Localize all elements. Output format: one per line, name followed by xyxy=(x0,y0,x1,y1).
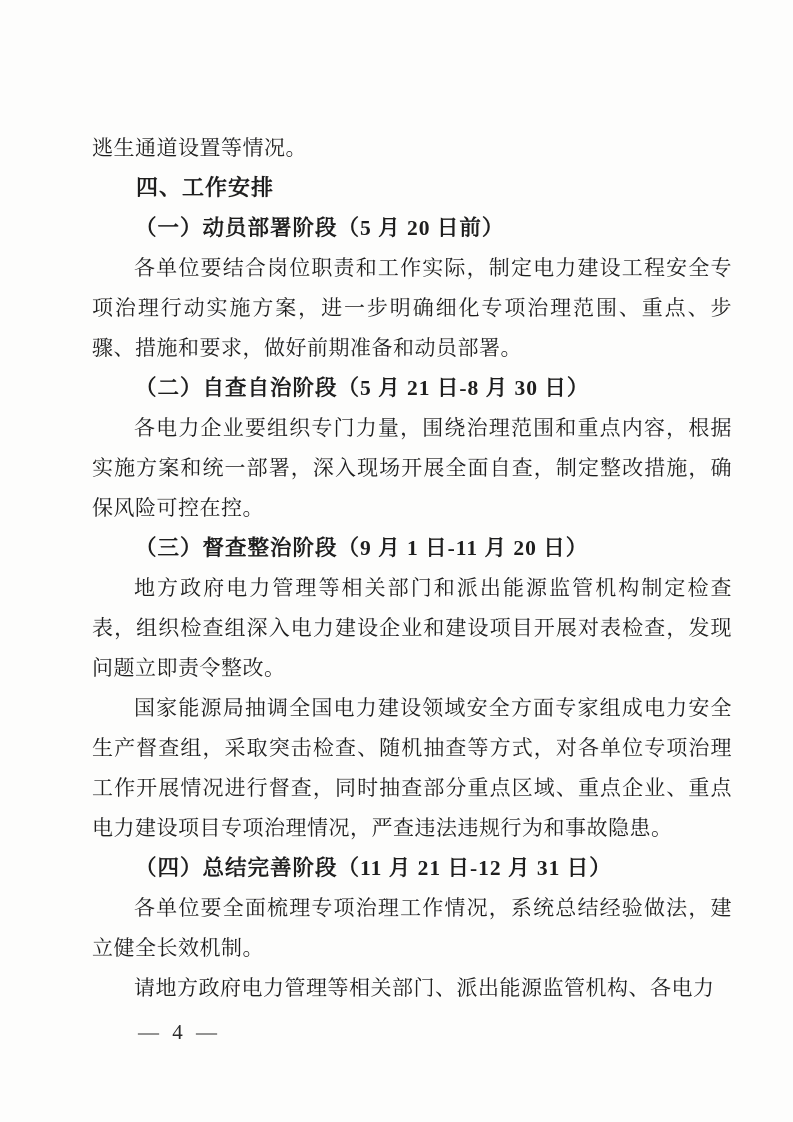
stage-3-body-1: 地方政府电力管理等相关部门和派出能源监管机构制定检查表，组织检查组深入电力建设企… xyxy=(92,568,732,688)
stage-1-heading: （一）动员部署阶段（5 月 20 日前） xyxy=(92,208,732,248)
page-number: — 4 — xyxy=(138,1020,221,1045)
stage-3-heading: （三）督查整治阶段（9 月 1 日-11 月 20 日） xyxy=(92,528,732,568)
stage-4-heading: （四）总结完善阶段（11 月 21 日-12 月 31 日） xyxy=(92,848,732,888)
stage-4-body: 各单位要全面梳理专项治理工作情况，系统总结经验做法，建立健全长效机制。 xyxy=(92,888,732,968)
stage-3-body-2: 国家能源局抽调全国电力建设领域安全方面专家组成电力安全生产督查组，采取突击检查、… xyxy=(92,688,732,848)
closing-paragraph-start: 请地方政府电力管理等相关部门、派出能源监管机构、各电力 xyxy=(92,968,732,1008)
paragraph-continuation: 逃生通道设置等情况。 xyxy=(92,128,732,168)
stage-1-body: 各单位要结合岗位职责和工作实际，制定电力建设工程安全专项治理行动实施方案，进一步… xyxy=(92,248,732,368)
stage-2-body: 各电力企业要组织专门力量，围绕治理范围和重点内容，根据实施方案和统一部署，深入现… xyxy=(92,408,732,528)
document-page: 逃生通道设置等情况。 四、工作安排 （一）动员部署阶段（5 月 20 日前） 各… xyxy=(0,0,793,1122)
document-body: 逃生通道设置等情况。 四、工作安排 （一）动员部署阶段（5 月 20 日前） 各… xyxy=(92,128,732,1008)
section-heading: 四、工作安排 xyxy=(92,168,732,208)
stage-2-heading: （二）自查自治阶段（5 月 21 日-8 月 30 日） xyxy=(92,368,732,408)
